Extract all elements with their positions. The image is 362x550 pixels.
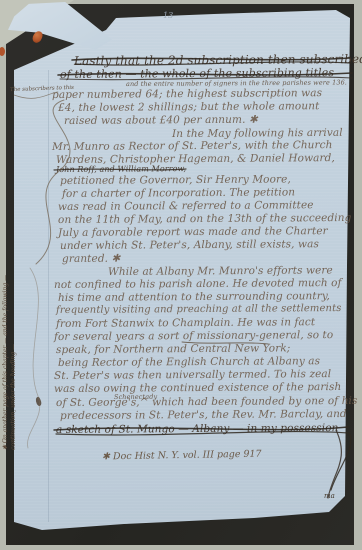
margin-note-vertical: ✱ On another page of this chapter — and … [2,235,18,450]
manuscript-line: being Rector of the English Church at Al… [58,355,320,369]
margin-note-vertical-line1: ✱ On another page of this chapter — and … [2,235,10,450]
manuscript-line: from Fort Stanwix to Champlain. He was i… [56,316,315,330]
manuscript-line: St. Peter's was then universally termed.… [54,368,331,382]
manuscript-line: granted. ✱ [62,253,120,265]
manuscript-line: In the May following his arrival [172,127,343,140]
manuscript-line: While at Albany Mr. Munro's efforts were [108,264,333,278]
manuscript-line: was also owing the continued existence o… [54,381,341,395]
manuscript-line: predecessors in St. Peter's, the Rev. Mr… [60,408,347,422]
manuscript-line: was read in Council & referred to a Comm… [58,199,314,213]
manuscript-line: under which St. Peter's, Albany, still e… [60,238,319,252]
manuscript-line: Mr. Munro as Rector of St. Peter's, with… [52,139,333,153]
manuscript-line: July a favorable report was made and the… [58,225,328,239]
pen-flourish: ma [324,492,335,500]
manuscript-line: on the 11th of May, and on the 13th of t… [58,212,351,226]
manuscript-line: paper numbered 64; the highest subscript… [52,87,322,101]
wax-seal-edge-fragment [0,47,5,56]
manuscript-line: speak, for Northern and Central New York… [56,342,290,356]
manuscript-line: petitioned the Governor, Sir Henry Moore… [60,173,291,187]
manuscript-line: raised was about £40 per annum. ✱ [64,114,258,127]
scanned-manuscript-page: 13 The subscribers to this ✱ On another … [0,0,362,550]
manuscript-line: John Roff, and William Morrow, [56,164,186,174]
manuscript-line: frequently visiting and preaching at all… [56,303,341,316]
manuscript-line: for a charter of Incorporation. The peti… [62,186,295,200]
manuscript-line: not confined to his parish alone. He dev… [54,277,342,291]
manuscript-line: his time and attention to the surroundin… [58,290,330,304]
footnote-citation: ✱ Doc Hist N. Y. vol. III page 917 [102,449,262,463]
manuscript-line: £4, the lowest 2 shillings; but the whol… [58,100,319,114]
manuscript-line: a sketch of St. Mungo — Albany — in my p… [56,422,339,436]
manuscript-line: of St. George's,^ which had been founded… [56,395,358,409]
margin-note-vertical-line2: continuation, under the heading — [10,235,18,450]
manuscript-line: for several years a sort of missionary-g… [54,329,333,343]
